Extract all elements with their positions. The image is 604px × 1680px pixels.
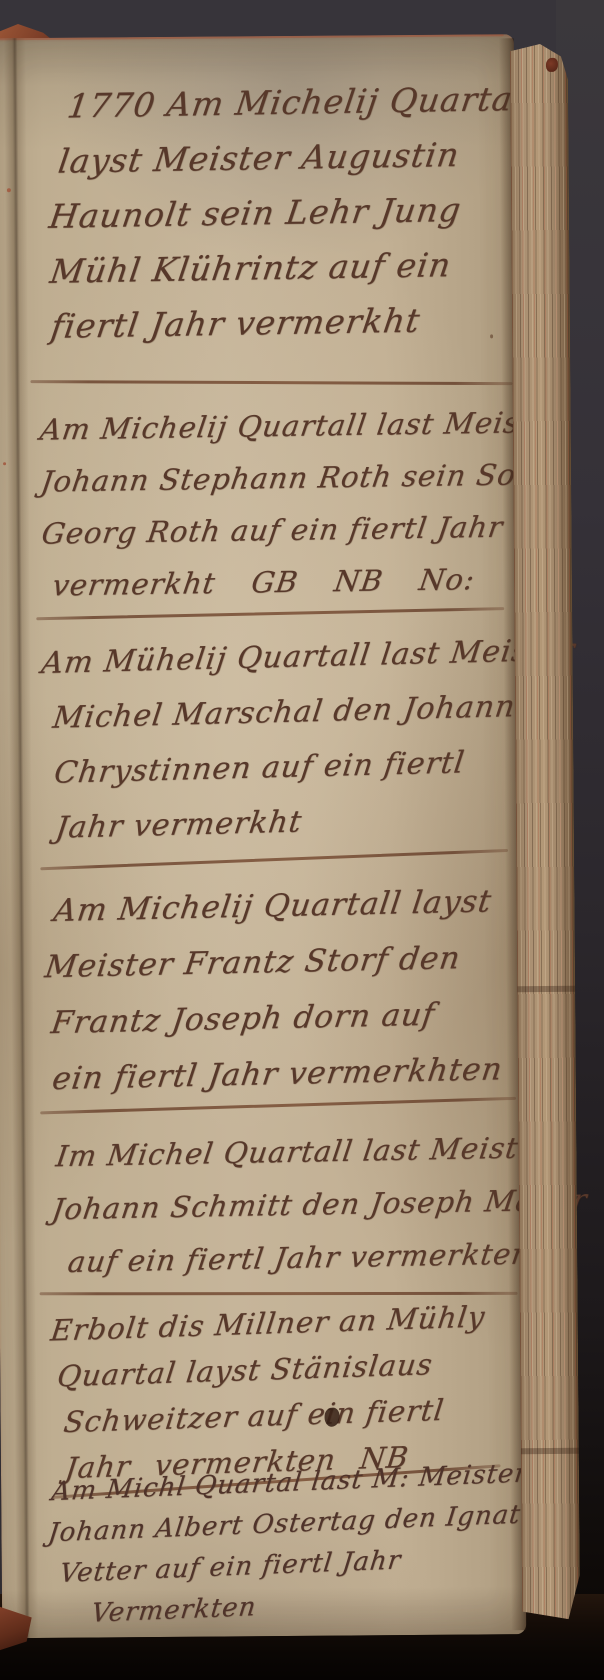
book-fore-edge	[510, 44, 580, 1624]
manuscript-line: Frantz Joseph dorn auf	[47, 985, 524, 1051]
open-book: 1770 Am Michelij Quartal layst Meister A…	[0, 34, 586, 1639]
paper-speck	[343, 154, 346, 157]
manuscript-line: fiertl Jahr vermerkht	[47, 291, 519, 354]
manuscript-line: ein fiertl Jahr vermerkhten	[49, 1041, 526, 1107]
gutter-crease	[4, 38, 39, 1638]
paper-speck	[59, 1020, 63, 1023]
manuscript-line: vermerkht GB NB No:	[49, 552, 520, 611]
paper-speck	[7, 188, 11, 192]
fore-edge-chip	[546, 58, 558, 72]
red-edge-tint	[0, 34, 503, 40]
manuscript-line: Johann Stephann Roth sein Sohn	[37, 448, 518, 507]
manuscript-entry-4: Am Michelij Quartall layst Meister Frant…	[39, 873, 518, 1107]
manuscript-line: Haunolt sein Lehr Jung	[46, 181, 518, 244]
manuscript-line: layst Meister Augustin	[55, 126, 517, 189]
manuscript-line: Johann Schmitt den Joseph Maßer	[48, 1175, 524, 1237]
manuscript-line: Meister Frantz Storf den	[41, 929, 523, 996]
parchment-page: 1770 Am Michelij Quartal layst Meister A…	[0, 34, 526, 1638]
manuscript-line: Jahr vermerkht	[52, 789, 523, 856]
manuscript-entry-5: Im Michel Quartall last Meister Johann S…	[41, 1122, 518, 1290]
manuscript-line: Mühl Klührintz auf ein	[47, 236, 519, 299]
manuscript-entry-3: Am Mühelij Quartall last Meister Michel …	[37, 624, 516, 856]
manuscript-line: Im Michel Quartall last Meister	[52, 1122, 523, 1184]
manuscript-entry-7: Am Michl Quartal last M: Meister Johann …	[43, 1454, 523, 1636]
fore-edge-band	[517, 986, 575, 992]
manuscript-line: Georg Roth auf ein fiertl Jahr	[38, 500, 519, 559]
manuscript-entry-1: 1770 Am Michelij Quartal layst Meister A…	[33, 71, 511, 354]
manuscript-entry-2: Am Michelij Quartall last Meist: Johann …	[36, 397, 513, 612]
paper-speck	[3, 462, 6, 465]
manuscript-line: 1770 Am Michelij Quartal	[64, 71, 516, 133]
manuscript-line: Am Michelij Quartall last Meist:	[37, 396, 518, 455]
manuscript-line: auf ein fiertl Jahr vermerkten	[64, 1228, 525, 1289]
photographed-manuscript-page: 1770 Am Michelij Quartal layst Meister A…	[0, 0, 604, 1680]
paper-speck	[490, 334, 493, 338]
entry-divider	[30, 380, 512, 385]
manuscript-line: Am Michelij Quartall layst	[50, 873, 522, 939]
fore-edge-band	[521, 1448, 579, 1454]
